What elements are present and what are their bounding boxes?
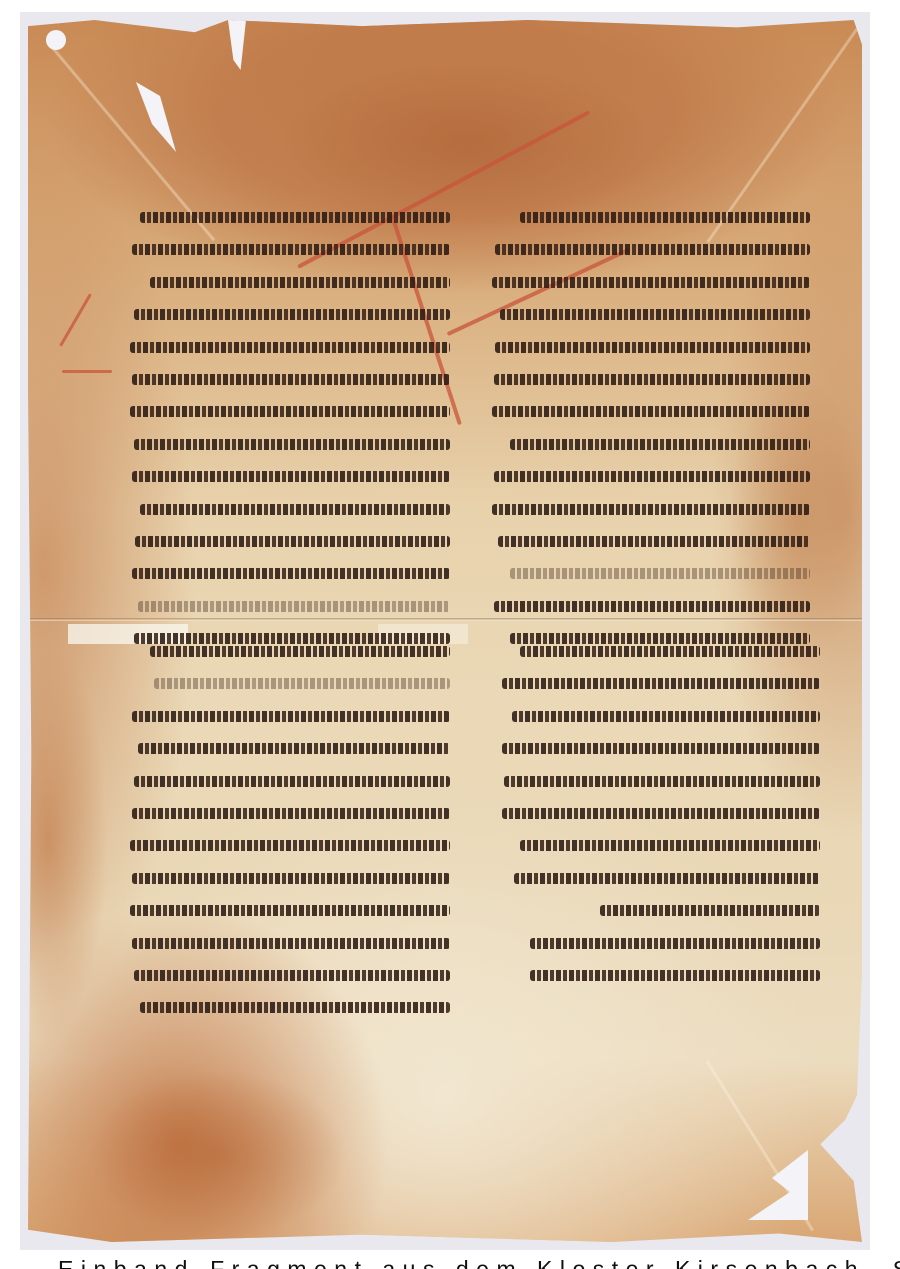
text-column-upper-right: [490, 200, 810, 653]
stain: [0, 640, 108, 1040]
text-column-lower-left: [130, 634, 450, 1023]
parchment-hole: [46, 30, 66, 50]
parchment-hole: [748, 1150, 808, 1220]
red-check-mark: [59, 293, 92, 346]
stain: [88, 1070, 348, 1240]
text-column-upper-left: [130, 200, 450, 653]
red-check-mark: [62, 370, 112, 373]
parchment-hole: [228, 20, 246, 70]
photo-frame: [20, 12, 870, 1250]
text-column-lower-right: [500, 634, 820, 990]
figure-caption: Einband-Fragment aus dem Kloster Kirsenb…: [58, 1253, 900, 1269]
parchment-fragment: [28, 20, 862, 1242]
parchment-hole: [136, 82, 176, 152]
